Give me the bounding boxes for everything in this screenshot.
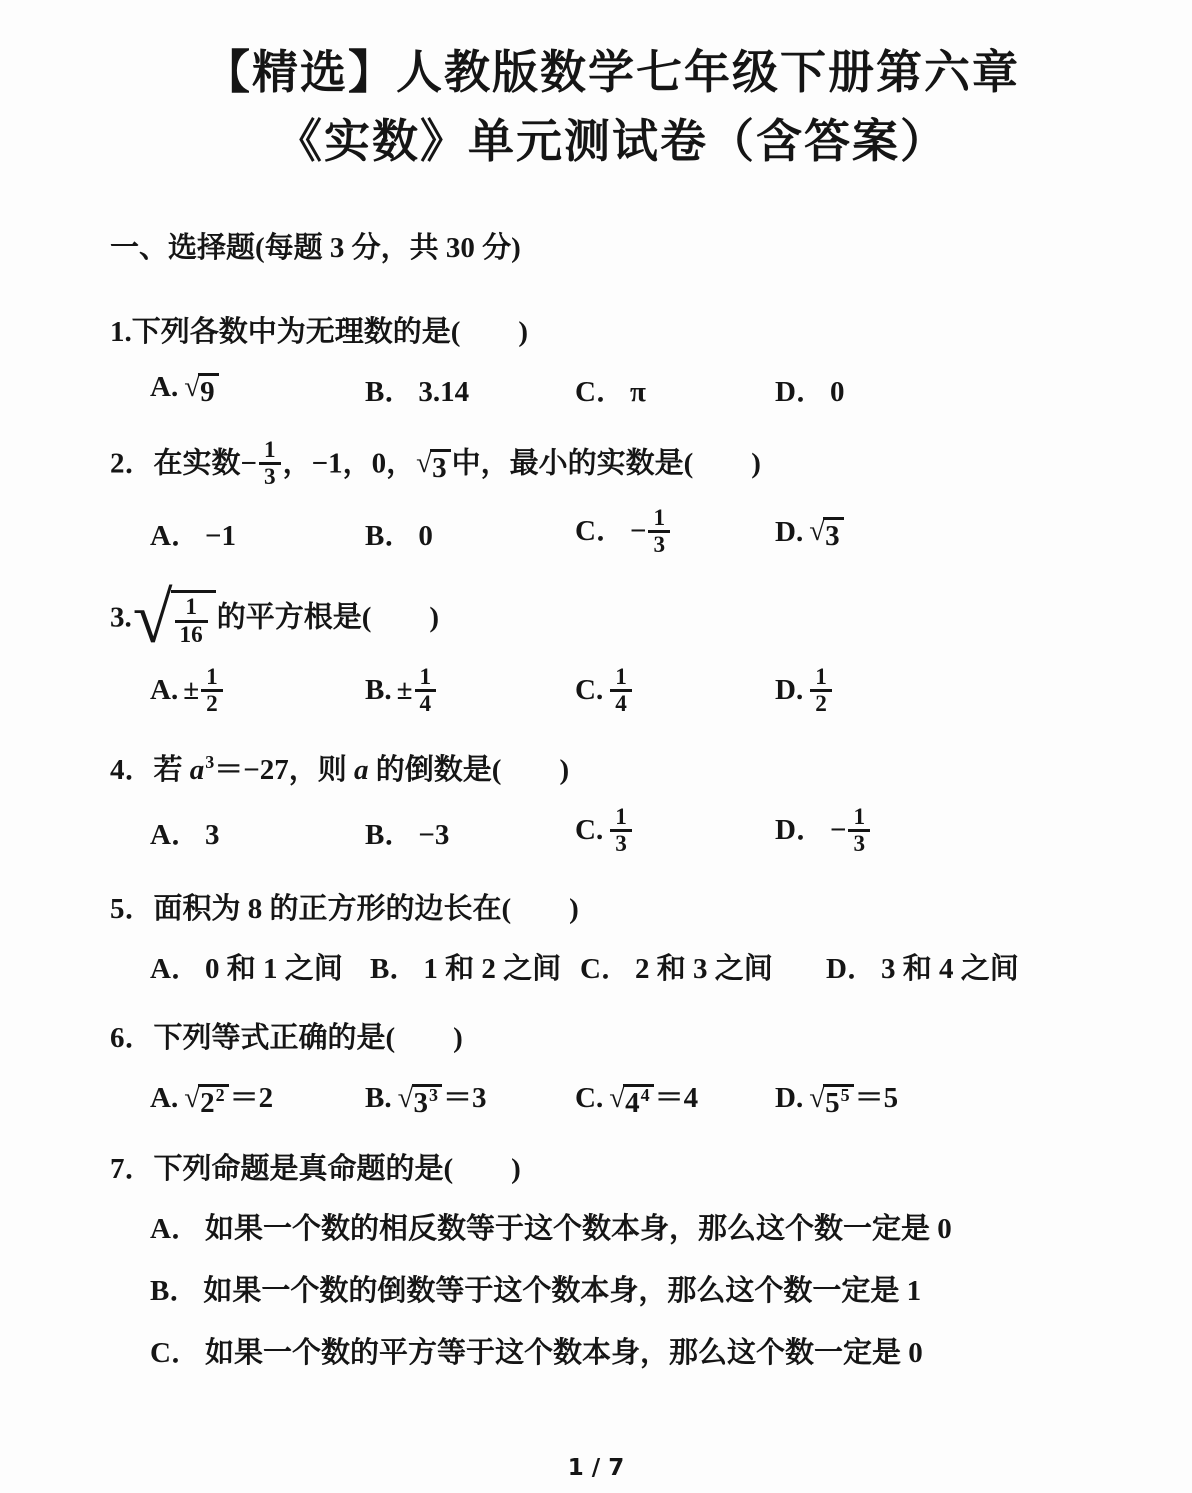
math-sqrt: √116: [133, 589, 216, 651]
text: ＝5: [855, 1082, 899, 1114]
option-d: D．0: [775, 369, 1114, 410]
option-content: 3.14: [418, 376, 469, 408]
math-sqrt: √3: [809, 517, 843, 551]
option-label: A.: [150, 674, 178, 706]
fraction-numerator: 1: [810, 665, 832, 692]
fraction-denominator: 4: [415, 692, 437, 716]
radicand: 44: [623, 1084, 653, 1118]
text: 如果一个数的相反数等于这个数本身，那么这个数一定是 0: [205, 1213, 952, 1245]
fraction-denominator: 2: [201, 692, 223, 716]
math-sqrt: √3: [416, 449, 450, 483]
option-content: −13: [830, 814, 872, 846]
question-6: 6．下列等式正确的是( )A.√22＝2B.√33＝3C.√44＝4D.√55＝…: [110, 1017, 1114, 1117]
option-content: √55＝5: [808, 1082, 898, 1114]
option-b: B.√33＝3: [365, 1075, 575, 1117]
option-content: √3: [808, 516, 844, 548]
option-content: 13: [608, 814, 634, 846]
option-content: 0: [830, 376, 845, 408]
option-content: 0 和 1 之间: [205, 953, 343, 985]
fraction-denominator: 16: [175, 623, 208, 647]
radicand: 3: [430, 449, 451, 483]
power-base: a: [190, 754, 205, 786]
option-a: A.√22＝2: [150, 1075, 365, 1117]
fraction-numerator: 1: [201, 665, 223, 692]
text: 7．下列命题是真命题的是( ): [110, 1153, 521, 1185]
fraction-denominator: 4: [610, 692, 632, 716]
option-label: B.: [365, 674, 392, 706]
doc-title: 【精选】人教版数学七年级下册第六章 《实数》单元测试卷（含答案）: [110, 38, 1114, 176]
options-row: A.±12B.±14C.14D.12: [150, 667, 1114, 719]
math-power: 55: [825, 1087, 849, 1119]
option-content: 3 和 4 之间: [881, 953, 1019, 985]
test-paper: 【精选】人教版数学七年级下册第六章 《实数》单元测试卷（含答案） 一、选择题(每…: [0, 0, 1192, 1449]
option-d: D．3 和 4 之间: [826, 946, 1114, 987]
doc-title-line1: 【精选】人教版数学七年级下册第六章: [110, 38, 1114, 107]
math-power: 22: [200, 1087, 224, 1119]
question-5: 5．面积为 8 的正方形的边长在( )A．0 和 1 之间B．1 和 2 之间C…: [110, 888, 1114, 987]
question-stem: 4．若 a3＝−27，则 a 的倒数是( ): [110, 749, 1114, 791]
text: 如果一个数的平方等于这个数本身，那么这个数一定是 0: [205, 1337, 923, 1369]
option-label: B．: [365, 376, 413, 408]
fraction-numerator: 1: [610, 665, 632, 692]
option-content: 如果一个数的相反数等于这个数本身，那么这个数一定是 0: [205, 1213, 952, 1245]
option-content: 1 和 2 之间: [423, 953, 561, 985]
text: 9: [200, 376, 215, 408]
math-sqrt: √33: [398, 1084, 442, 1118]
question-7: 7．下列命题是真命题的是( )A．如果一个数的相反数等于这个数本身，那么这个数一…: [110, 1148, 1114, 1371]
power-base: 4: [625, 1087, 640, 1119]
math-fraction: 116: [175, 595, 208, 647]
math-power: 44: [625, 1087, 649, 1119]
option-label: A.: [150, 1082, 178, 1114]
options-row: A．如果一个数的相反数等于这个数本身，那么这个数一定是 0B．如果一个数的倒数等…: [150, 1206, 1114, 1371]
text: 4．若: [110, 754, 190, 786]
option-content: ±12: [183, 674, 225, 706]
options-row: A．−1B．0C．−13D.√3: [150, 507, 1114, 559]
math-fraction: 12: [810, 665, 832, 717]
power-base: 5: [825, 1087, 840, 1119]
text: 3.14: [418, 376, 469, 408]
math-sqrt: √22: [184, 1084, 228, 1118]
fraction-denominator: 3: [259, 465, 281, 489]
option-label: C.: [575, 814, 603, 846]
option-label: B．: [365, 520, 413, 552]
option-b: B．3.14: [365, 369, 575, 410]
text: 6．下列等式正确的是( ): [110, 1022, 463, 1054]
math-sqrt: √9: [184, 373, 218, 407]
power-exponent: 3: [429, 1085, 438, 1105]
option-d: D.√55＝5: [775, 1075, 1114, 1117]
option-label: D．: [775, 814, 825, 846]
option-label: A．: [150, 1213, 200, 1245]
text: 中，最小的实数是( ): [452, 447, 761, 479]
text: 1.下列各数中为无理数的是( ): [110, 316, 528, 348]
fraction-numerator: 1: [175, 595, 208, 622]
option-content: 14: [608, 674, 634, 706]
power-exponent: 4: [641, 1085, 650, 1105]
question-1: 1.下列各数中为无理数的是( )A.√9B．3.14C．πD．0: [110, 311, 1114, 410]
text: ＝3: [443, 1082, 487, 1114]
questions-list: 1.下列各数中为无理数的是( )A.√9B．3.14C．πD．02．在实数−13…: [110, 311, 1114, 1371]
option-a: A.±12: [150, 667, 365, 719]
math-fraction: 12: [201, 665, 223, 717]
option-d: D.√3: [775, 516, 1114, 551]
option-label: B．: [370, 953, 418, 985]
options-row: A.√9B．3.14C．πD．0: [150, 369, 1114, 410]
power-exponent: 3: [205, 752, 214, 772]
option-content: 如果一个数的平方等于这个数本身，那么这个数一定是 0: [205, 1337, 923, 1369]
option-a: A．−1: [150, 513, 365, 554]
option-label: D.: [775, 1082, 803, 1114]
math-fraction: 13: [648, 506, 670, 558]
question-4: 4．若 a3＝−27，则 a 的倒数是( )A．3B．−3C.13D．−13: [110, 749, 1114, 859]
option-label: D．: [775, 376, 825, 408]
option-label: B．: [150, 1275, 198, 1307]
option-content: π: [630, 376, 646, 408]
option-c: C.13: [575, 807, 775, 859]
text: −3: [418, 819, 449, 851]
radicand: 116: [171, 590, 216, 651]
option-label: B．: [365, 819, 413, 851]
math-power: a3: [190, 754, 214, 786]
text: 3: [432, 452, 447, 484]
math-fraction: 13: [610, 805, 632, 857]
math-sqrt: √55: [809, 1084, 853, 1118]
text: 的平方根是( ): [217, 602, 439, 634]
text: 0 和 1 之间: [205, 953, 343, 985]
radicand: 22: [198, 1084, 228, 1118]
option-a: A．0 和 1 之间: [150, 946, 370, 987]
option-label: D.: [775, 516, 803, 548]
question-stem: 1.下列各数中为无理数的是( ): [110, 311, 1114, 353]
text: ±: [183, 674, 199, 706]
option-label: A．: [150, 819, 200, 851]
text: −: [630, 515, 647, 547]
math-fraction: 13: [848, 805, 870, 857]
text: 3: [205, 819, 220, 851]
fraction-denominator: 2: [810, 692, 832, 716]
text: 3 和 4 之间: [881, 953, 1019, 985]
option-label: D.: [775, 674, 803, 706]
question-stem: 7．下列命题是真命题的是( ): [110, 1148, 1114, 1190]
option-label: C．: [575, 376, 625, 408]
radical-icon: √: [133, 589, 173, 647]
text: ，−1，0，: [283, 447, 416, 479]
option-c: C．−13: [575, 507, 775, 559]
option-content: √9: [183, 371, 219, 403]
question-stem: 6．下列等式正确的是( ): [110, 1017, 1114, 1059]
radicand: 9: [198, 373, 219, 407]
question-stem: 5．面积为 8 的正方形的边长在( ): [110, 888, 1114, 930]
math-fraction: 13: [259, 438, 281, 490]
option-content: −13: [630, 515, 672, 547]
math-fraction: 14: [415, 665, 437, 717]
question-stem: 2．在实数−13，−1，0，√3中，最小的实数是( ): [110, 440, 1114, 492]
text: ＝4: [655, 1082, 699, 1114]
text: 3.: [110, 602, 132, 634]
option-content: 如果一个数的倒数等于这个数本身，那么这个数一定是 1: [203, 1275, 921, 1307]
option-a: A．3: [150, 812, 365, 853]
text: ＝2: [230, 1082, 274, 1114]
text: 0: [418, 520, 433, 552]
fraction-denominator: 3: [848, 832, 870, 856]
power-base: 3: [414, 1087, 429, 1119]
option-content: √33＝3: [397, 1082, 487, 1114]
options-row: A．0 和 1 之间B．1 和 2 之间C．2 和 3 之间D．3 和 4 之间: [150, 946, 1114, 987]
text: ＝−27，则: [214, 754, 354, 786]
option-c: C.14: [575, 667, 775, 719]
option-c: C．2 和 3 之间: [580, 946, 826, 987]
text: 2 和 3 之间: [635, 953, 773, 985]
option-label: C．: [575, 515, 625, 547]
question-3: 3.√116的平方根是( )A.±12B.±14C.14D.12: [110, 589, 1114, 718]
option-c: C.√44＝4: [575, 1075, 775, 1117]
options-row: A．3B．−3C.13D．−13: [150, 807, 1114, 859]
option-label: C.: [575, 1082, 603, 1114]
power-base: 2: [200, 1087, 215, 1119]
option-content: 3: [205, 819, 220, 851]
fraction-numerator: 1: [648, 506, 670, 533]
option-b: B．−3: [365, 812, 575, 853]
section-heading: 一、选择题(每题 3 分，共 30 分): [110, 228, 1114, 269]
option-label: C.: [575, 674, 603, 706]
option-content: −1: [205, 520, 236, 552]
fraction-numerator: 1: [415, 665, 437, 692]
radicand: 33: [412, 1084, 442, 1118]
option-label: D．: [826, 953, 876, 985]
option-d: D．−13: [775, 807, 1114, 859]
question-stem: 3.√116的平方根是( ): [110, 589, 1114, 651]
fraction-numerator: 1: [610, 805, 632, 832]
math-power: 33: [414, 1087, 438, 1119]
text: ±: [397, 674, 413, 706]
text: 1 和 2 之间: [423, 953, 561, 985]
fraction-denominator: 3: [648, 533, 670, 557]
option-content: 0: [418, 520, 433, 552]
text: π: [630, 376, 646, 408]
text: −1: [205, 520, 236, 552]
option-content: 2 和 3 之间: [635, 953, 773, 985]
option-c: C．如果一个数的平方等于这个数本身，那么这个数一定是 0: [150, 1330, 1114, 1371]
text: 5．面积为 8 的正方形的边长在( ): [110, 893, 579, 925]
radicand: 3: [823, 517, 844, 551]
option-content: √22＝2: [183, 1082, 273, 1114]
option-content: 12: [808, 674, 834, 706]
text: 如果一个数的倒数等于这个数本身，那么这个数一定是 1: [203, 1275, 921, 1307]
option-label: A．: [150, 520, 200, 552]
question-2: 2．在实数−13，−1，0，√3中，最小的实数是( )A．−1B．0C．−13D…: [110, 440, 1114, 559]
option-b: B.±14: [365, 667, 575, 719]
option-label: C．: [580, 953, 630, 985]
options-row: A.√22＝2B.√33＝3C.√44＝4D.√55＝5: [150, 1075, 1114, 1117]
option-label: A.: [150, 371, 178, 403]
fraction-denominator: 3: [610, 832, 632, 856]
power-exponent: 2: [216, 1085, 225, 1105]
text: −: [830, 814, 847, 846]
option-a: A．如果一个数的相反数等于这个数本身，那么这个数一定是 0: [150, 1206, 1114, 1247]
doc-title-line2: 《实数》单元测试卷（含答案）: [110, 107, 1114, 176]
option-b: B．1 和 2 之间: [370, 946, 580, 987]
option-content: √44＝4: [608, 1082, 698, 1114]
fraction-numerator: 1: [848, 805, 870, 832]
option-b: B．如果一个数的倒数等于这个数本身，那么这个数一定是 1: [150, 1268, 1114, 1309]
option-d: D.12: [775, 667, 1114, 719]
text: 的倒数是( ): [369, 754, 570, 786]
fraction-numerator: 1: [259, 438, 281, 465]
option-label: B.: [365, 1082, 392, 1114]
math-variable: a: [354, 754, 369, 786]
math-fraction: 14: [610, 665, 632, 717]
option-content: ±14: [397, 674, 439, 706]
text: 0: [830, 376, 845, 408]
option-label: A．: [150, 953, 200, 985]
option-label: C．: [150, 1337, 200, 1369]
text: 3: [825, 520, 840, 552]
option-a: A.√9: [150, 371, 365, 406]
option-content: −3: [418, 819, 449, 851]
text: 2．在实数−: [110, 447, 257, 479]
scanned-test-paper: { "page": { "title_line1": "【精选】人教版数学七年级…: [0, 0, 1192, 1493]
page-number: 1 / 7: [0, 1449, 1192, 1493]
power-exponent: 5: [841, 1085, 850, 1105]
option-b: B．0: [365, 513, 575, 554]
math-sqrt: √44: [609, 1084, 653, 1118]
radicand: 55: [823, 1084, 853, 1118]
option-c: C．π: [575, 369, 775, 410]
